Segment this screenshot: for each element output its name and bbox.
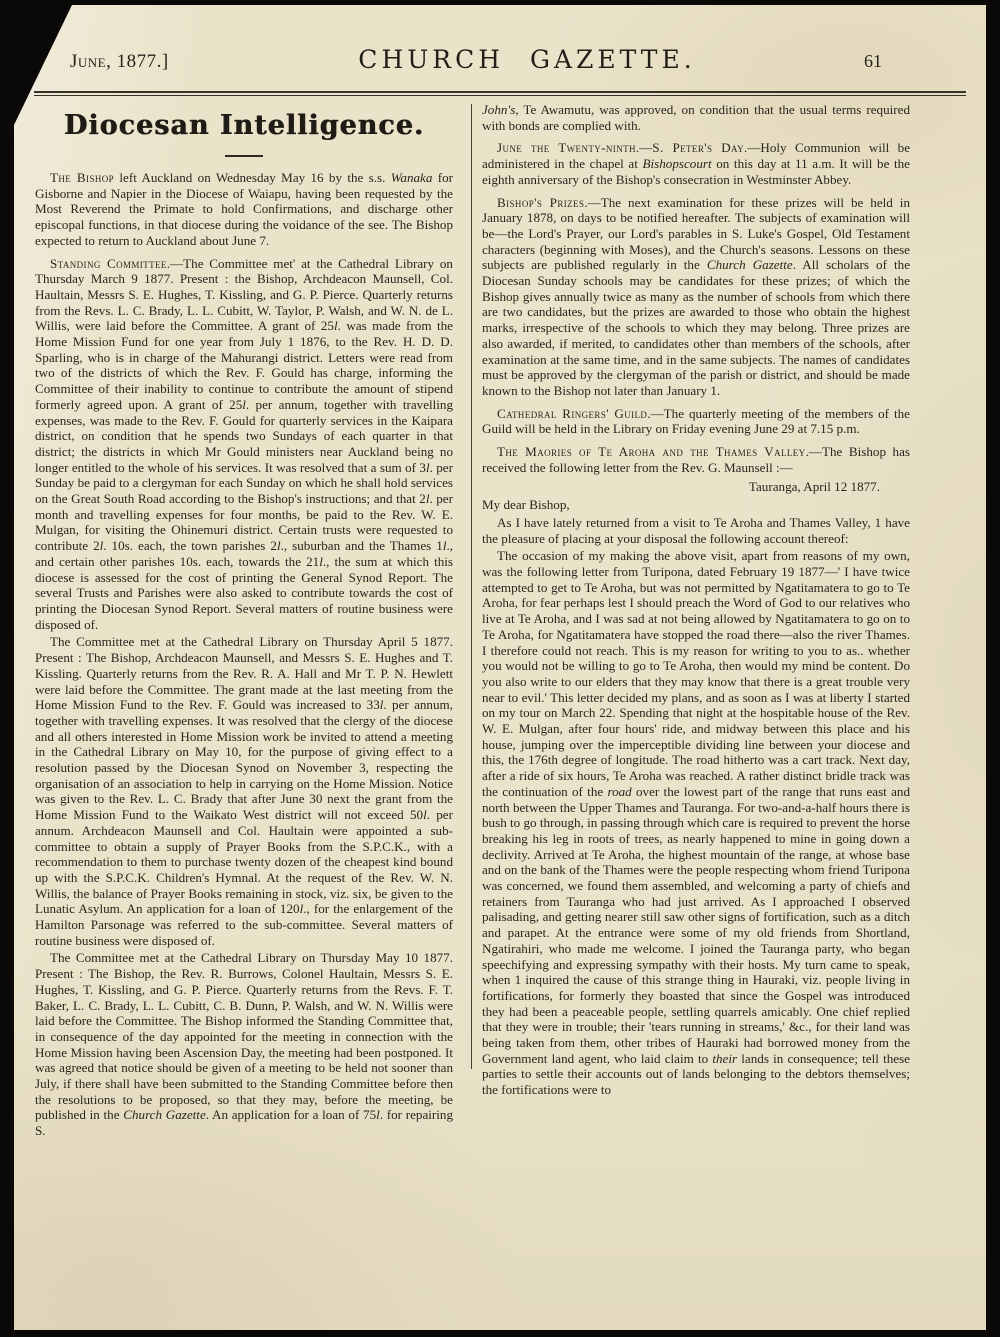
paragraph: As I have lately returned from a visit t… [482, 515, 910, 546]
scanned-page-background: { "header": { "date": "June, 1877.]", "t… [0, 0, 1000, 1337]
paragraph: The occasion of my making the above visi… [482, 548, 910, 1098]
two-column-body: Diocesan Intelligence. The Bishop left A… [14, 96, 986, 1139]
masthead-page-number: 61 [864, 51, 882, 72]
text-run: The occasion of my making the above visi… [482, 548, 910, 799]
newspaper-page: June, 1877.] CHURCH GAZETTE. 61 Diocesan… [14, 5, 986, 1330]
text-run: As I have lately returned from a visit t… [482, 515, 910, 546]
text-run: Church Gazette [123, 1107, 206, 1122]
paragraph: The Maories of Te Aroha and the Thames V… [482, 444, 910, 475]
text-run: Standing Committee [50, 256, 167, 271]
paragraph: Standing Committee.—The Committee met' a… [35, 256, 453, 633]
heading-divider [225, 155, 263, 157]
paragraph: Bishop's Prizes.—The next examination fo… [482, 195, 910, 399]
text-run: road [607, 784, 631, 799]
text-run: The Bishop [50, 170, 114, 185]
text-run: . per annum, together with travelling ex… [35, 697, 453, 822]
column-divider-rule [471, 104, 472, 1069]
text-run: Wanaka [391, 170, 433, 185]
paragraph: Cathedral Ringers' Guild.—The quarterly … [482, 406, 910, 437]
text-run: . An application for a loan of 75 [206, 1107, 376, 1122]
section-heading: Diocesan Intelligence. [35, 110, 453, 141]
paragraph: The Committee met at the Cathedral Libra… [35, 950, 453, 1138]
text-run: My dear Bishop, [482, 497, 570, 512]
paragraph: The Bishop left Auckland on Wednesday Ma… [35, 170, 453, 249]
text-run: Church Gazette [707, 257, 793, 272]
paragraph: My dear Bishop, [482, 497, 910, 513]
left-column: Diocesan Intelligence. The Bishop left A… [35, 102, 453, 1139]
masthead-title: CHURCH GAZETTE. [358, 45, 695, 74]
text-run: .— [636, 140, 652, 155]
paragraph: June the Twenty-ninth.—S. Peter's Day.—H… [482, 140, 910, 187]
text-run: Bishop's Prizes [497, 195, 584, 210]
text-run: S. Peter's Day [652, 140, 744, 155]
text-run: Tauranga, April 12 1877. [749, 479, 880, 494]
text-run: . All scholars of the Diocesan Sunday sc… [482, 257, 910, 398]
paragraph: The Committee met at the Cathedral Libra… [35, 634, 453, 948]
paragraph: Tauranga, April 12 1877. [482, 479, 910, 495]
text-run: June the Twenty-ninth [497, 140, 636, 155]
text-run: The Maories of Te Aroha and the Thames V… [497, 444, 806, 459]
text-run: . 10s. each, the town parishes 2 [103, 538, 277, 553]
left-column-paragraphs: The Bishop left Auckland on Wednesday Ma… [35, 170, 453, 1139]
text-run: ., suburban and the Thames 1 [281, 538, 443, 553]
text-run: . per annum. Archdeacon Maunsell and Col… [35, 807, 453, 916]
text-run: left Auckland on Wednesday May 16 by the… [114, 170, 391, 185]
text-run: , Te Awamutu, was approved, on condition… [482, 102, 910, 133]
text-run: over the lowest part of the range that r… [482, 784, 910, 1066]
text-run: Cathedral Ringers' Guild [497, 406, 647, 421]
right-column: John's, Te Awamutu, was approved, on con… [482, 102, 910, 1139]
masthead-date: June, 1877.] [70, 51, 169, 73]
text-run: The Committee met at the Cathedral Libra… [35, 950, 453, 1122]
text-run: John's [482, 102, 515, 117]
masthead: June, 1877.] CHURCH GAZETTE. 61 [14, 5, 986, 91]
text-run: Bishopscourt [643, 156, 712, 171]
paragraph: John's, Te Awamutu, was approved, on con… [482, 102, 910, 133]
text-run: their [712, 1051, 737, 1066]
